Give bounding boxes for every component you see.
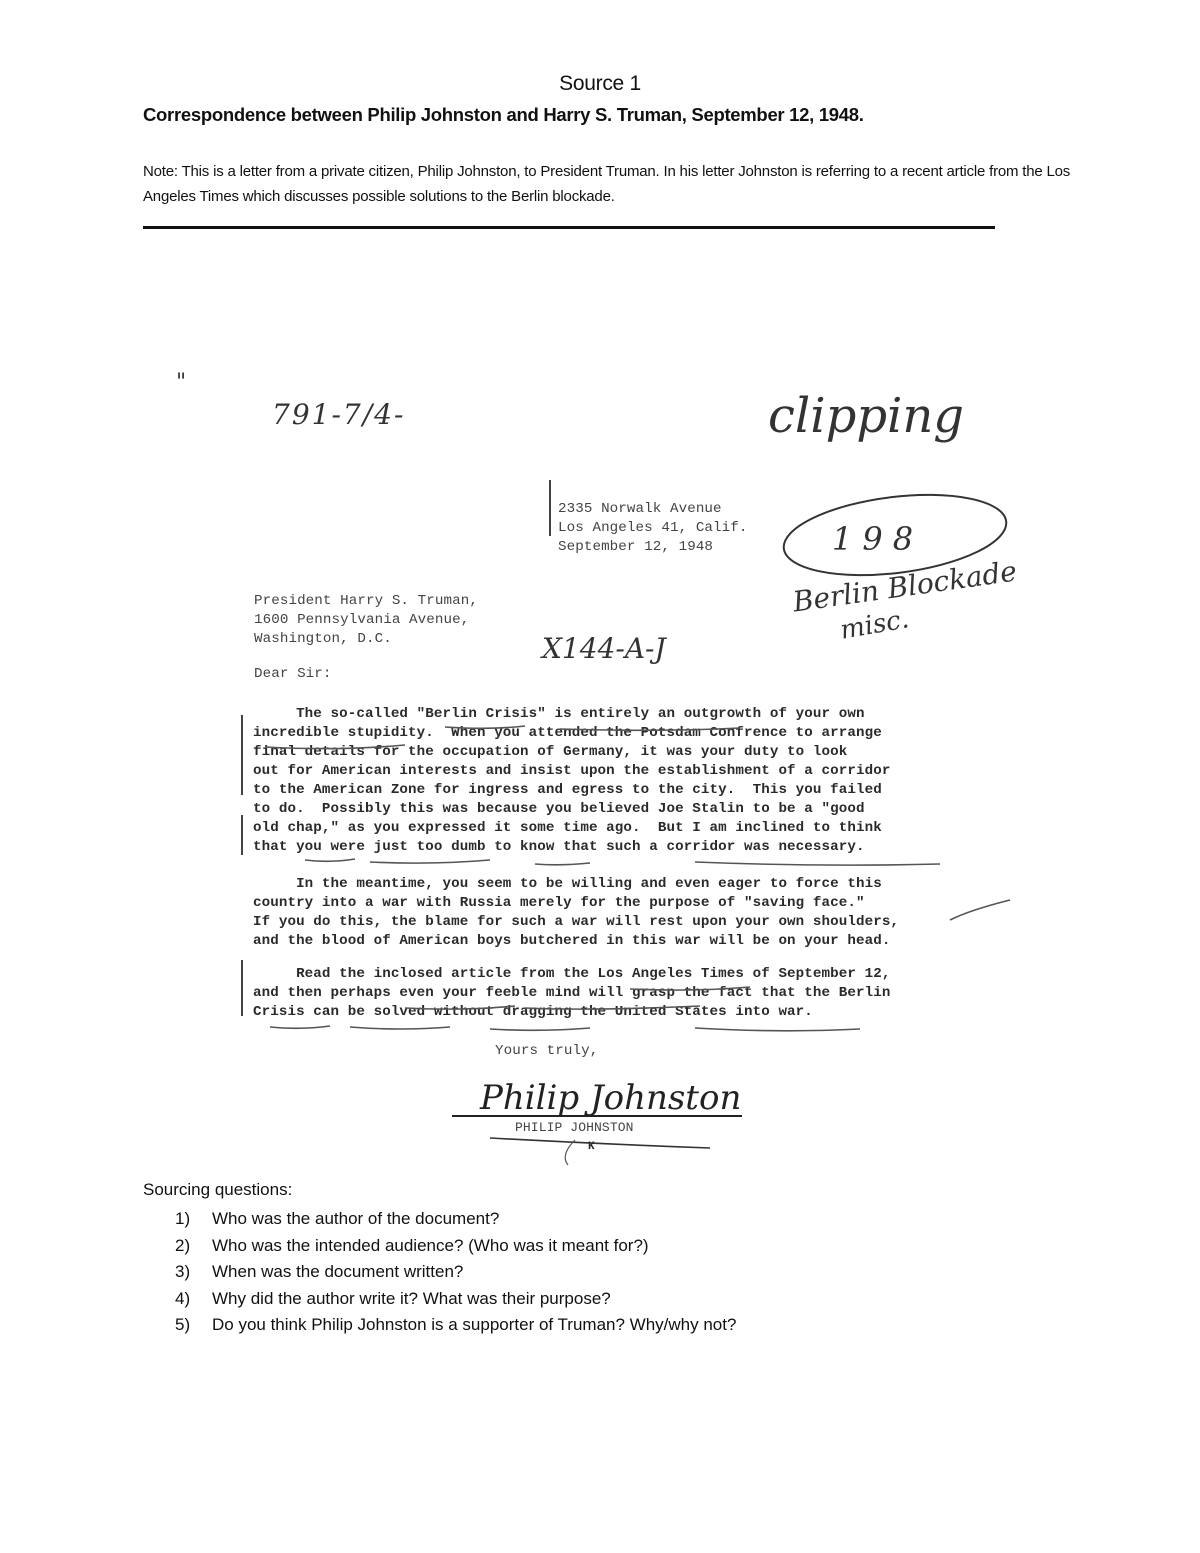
question-item: 1)Who was the author of the document?	[175, 1206, 736, 1233]
question-item: 2)Who was the intended audience? (Who wa…	[175, 1233, 736, 1260]
signature-mark: K	[588, 1138, 595, 1157]
underline-marks	[140, 360, 1070, 1170]
divider	[143, 226, 995, 229]
question-item: 3)When was the document written?	[175, 1259, 736, 1286]
signature-line	[452, 1115, 742, 1117]
source-title: Source 1	[0, 72, 1200, 96]
signature: Philip Johnston	[480, 1078, 741, 1118]
note: Note: This is a letter from a private ci…	[143, 159, 1073, 209]
note-text: This is a letter from a private citizen,…	[143, 163, 1070, 205]
question-item: 5)Do you think Philip Johnston is a supp…	[175, 1312, 736, 1339]
scanned-letter: " 791-7/4- clipping 2335 Norwalk Avenue …	[140, 360, 1070, 1170]
sourcing-label: Sourcing questions:	[143, 1180, 736, 1200]
note-label: Note:	[143, 163, 178, 180]
document-heading: Correspondence between Philip Johnston a…	[143, 104, 864, 126]
closing: Yours truly,	[495, 1042, 598, 1061]
signature-flourish	[480, 1130, 720, 1170]
question-item: 4)Why did the author write it? What was …	[175, 1286, 736, 1313]
sourcing-questions: Sourcing questions: 1)Who was the author…	[143, 1180, 736, 1339]
